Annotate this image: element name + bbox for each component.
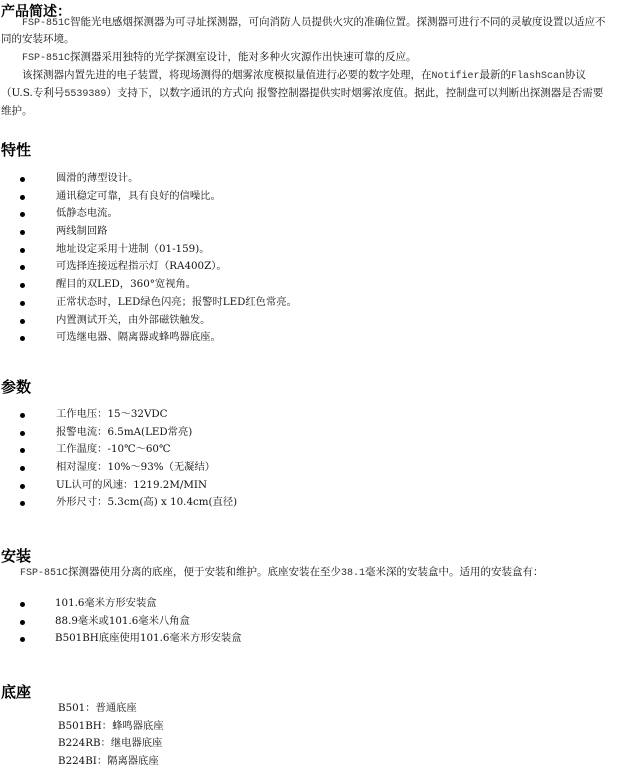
- intro-paragraph-3: 该探测器内置先进的电子装置，将现场测得的烟雾浓度模拟量值进行必要的数字处理，在N…: [1, 67, 617, 86]
- protocol-name: FlashScan: [511, 71, 565, 82]
- intro-paragraph-4: （U.S.专利号5539389）支持下，以数字通讯的方式向 报警控制器提供实时烟…: [1, 85, 617, 104]
- bases-heading: 底座: [1, 681, 31, 702]
- intro-text-1: 智能光电感烟探测器为可寻址探测器，可向消防人员提供火灾的准确位置。探测器可进行不…: [70, 16, 606, 28]
- bullet-icon: [20, 195, 25, 200]
- intro-text-3a: 该探测器内置先进的电子装置，将现场测得的烟雾浓度模拟量值进行必要的数字处理，在: [22, 69, 432, 81]
- bullet-icon: [20, 448, 25, 453]
- model-code: FSP-851C: [22, 53, 70, 64]
- base-item: B501BH：蜂鸣器底座: [58, 718, 164, 736]
- intro-paragraph-4-cont: 维护。: [1, 103, 617, 121]
- bullet-icon: [20, 319, 25, 324]
- brand-name: Notifier: [432, 71, 480, 82]
- bullet-icon: [20, 484, 25, 489]
- install-text-a: 探测器使用分离的底座，便于安装和维护。底座安装在至少: [68, 566, 341, 578]
- intro-text-3b: 最新的: [480, 69, 512, 81]
- bullet-icon: [20, 637, 25, 642]
- install-text-b: 毫米深的安装盒中。适用的安装盒有：: [365, 566, 544, 578]
- bullet-icon: [20, 265, 25, 270]
- base-item: B224RB：继电器底座: [58, 735, 164, 753]
- intro-text-4b: ）支持下，以数字通讯的方式向 报警控制器提供实时烟雾浓度值。据此，控制盘可以判断…: [106, 87, 603, 99]
- bullet-icon: [20, 248, 25, 253]
- intro-text-2: 探测器采用独特的光学探测室设计，能对多种火灾源作出快速可靠的反应。: [70, 51, 417, 63]
- bullet-icon: [20, 620, 25, 625]
- bullet-icon: [20, 283, 25, 288]
- install-heading: 安装: [1, 545, 31, 566]
- bases-list: B501：普通底座 B501BH：蜂鸣器底座 B224RB：继电器底座 B224…: [58, 700, 164, 770]
- bullet-icon: [20, 212, 25, 217]
- bullet-icon: [20, 301, 25, 306]
- bullet-icon: [20, 230, 25, 235]
- bullet-icon: [20, 336, 25, 341]
- bullet-icon: [20, 177, 25, 182]
- bullet-icon: [20, 431, 25, 436]
- bullet-icon: [20, 466, 25, 471]
- base-item: B501：普通底座: [58, 700, 164, 718]
- intro-text-3c: 协议: [565, 69, 586, 81]
- box-depth: 38.1: [341, 568, 365, 579]
- model-code: FSP-851C: [20, 568, 68, 579]
- model-code: FSP-851C: [22, 18, 70, 29]
- features-heading: 特性: [1, 139, 31, 160]
- bullet-icon: [20, 602, 25, 607]
- bullet-icon: [20, 501, 25, 506]
- install-intro: FSP-851C探测器使用分离的底座，便于安装和维护。底座安装在至少38.1毫米…: [20, 564, 620, 583]
- intro-paragraph-1-cont: 同的安装环境。: [1, 31, 617, 49]
- intro-text-4a: （U.S.专利号: [1, 87, 64, 99]
- params-heading: 参数: [1, 376, 31, 397]
- intro-paragraph-1: FSP-851C智能光电感烟探测器为可寻址探测器，可向消防人员提供火灾的准确位置…: [1, 14, 617, 33]
- base-item: B224BI：隔离器底座: [58, 753, 164, 770]
- patent-number: 5539389: [64, 89, 106, 100]
- bullet-icon: [20, 413, 25, 418]
- intro-paragraph-2: FSP-851C探测器采用独特的光学探测室设计，能对多种火灾源作出快速可靠的反应…: [1, 49, 617, 68]
